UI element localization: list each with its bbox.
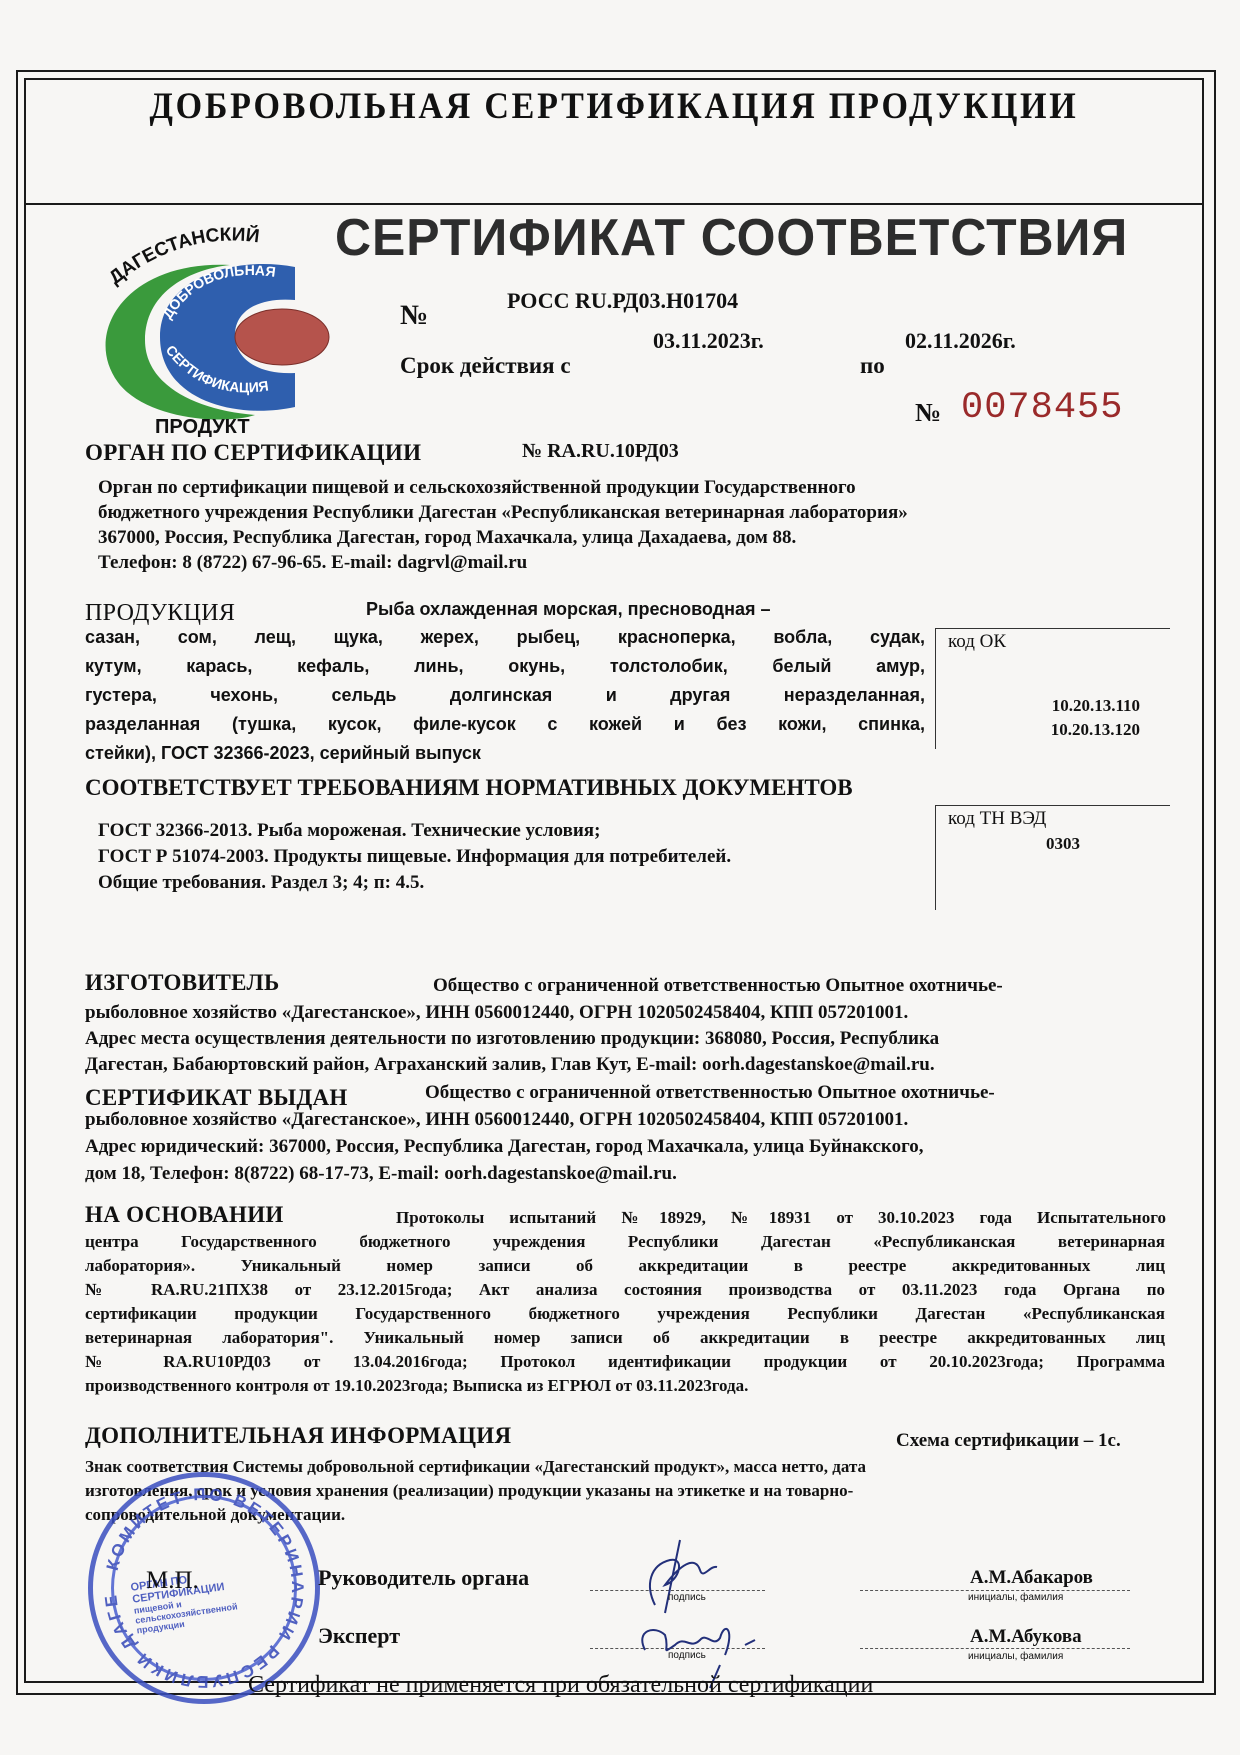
certification-body-line: 367000, Россия, Республика Дагестан, гор…: [98, 525, 1178, 550]
official-seal-stamp: КОМИТЕТ ПО ВЕТЕРИНАРИИ РЕСПУБЛИКИ ДАГЕСТ…: [88, 1472, 320, 1704]
manufacturer-details: рыболовное хозяйство «Дагестанское», ИНН…: [85, 1000, 1175, 1078]
validity-to-label: по: [860, 353, 885, 379]
ok-code-label: код ОК: [948, 631, 1006, 653]
header-divider: [24, 203, 1204, 205]
manufacturer-line: Адрес места осуществления деятельности п…: [85, 1026, 1175, 1052]
ok-code-value: 10.20.13.110: [1051, 694, 1140, 718]
head-of-body-label: Руководитель органа: [318, 1565, 529, 1591]
expert-name: А.М.Абукова: [970, 1626, 1082, 1648]
basis-first-line: Протоколы испытаний №18929, №18931 от 30…: [396, 1206, 1166, 1230]
manufacturer-first-line: Общество с ограниченной ответственностью…: [433, 973, 1003, 998]
expert-label: Эксперт: [318, 1623, 400, 1649]
compliance-label: СООТВЕТСТВУЕТ ТРЕБОВАНИЯМ НОРМАТИВНЫХ ДО…: [85, 775, 853, 801]
basis-line: ветеринарная лаборатория". Уникальный но…: [85, 1326, 1165, 1350]
compliance-document-line: ГОСТ 32366-2013. Рыба мороженая. Техниче…: [98, 818, 731, 844]
certification-body-line: бюджетного учреждения Республики Дагеста…: [98, 500, 1178, 525]
product-first-line: Рыба охлажденная морская, пресноводная –: [366, 596, 771, 623]
serial-number-sign: №: [915, 398, 941, 428]
tnved-code-value: 0303: [1046, 832, 1080, 856]
basis-line: № RA.RU10РД03 от 13.04.2016года; Протоко…: [85, 1350, 1165, 1374]
basis-line: № RA.RU.21ПХ38 от 23.12.2015года; Акт ан…: [85, 1278, 1165, 1302]
logo-emblem-icon: ДАГЕСТАНСКИЙ ДОБРОВОЛЬНАЯ СЕРТИФИКАЦИЯ П…: [85, 225, 355, 440]
issued-to-first-line: Общество с ограниченной ответственностью…: [425, 1080, 995, 1105]
certification-body-label: ОРГАН ПО СЕРТИФИКАЦИИ: [85, 440, 421, 466]
validity-label: Срок действия с: [400, 353, 571, 379]
voluntary-certification-title: ДОБРОВОЛЬНАЯ СЕРТИФИКАЦИЯ ПРОДУКЦИИ: [71, 85, 1157, 128]
head-name: А.М.Абакаров: [970, 1567, 1093, 1589]
compliance-documents: ГОСТ 32366-2013. Рыба мороженая. Техниче…: [98, 818, 731, 896]
head-name-line: [860, 1590, 1130, 1591]
registration-number: РОСС RU.РД03.Н01704: [507, 288, 738, 314]
additional-info-label: ДОПОЛНИТЕЛЬНАЯ ИНФОРМАЦИЯ: [85, 1423, 511, 1449]
ok-code-value: 10.20.13.120: [1051, 718, 1140, 742]
basis-line: лаборатория». Уникальный номер записи об…: [85, 1254, 1165, 1278]
logo-bottom-text: ПРОДУКТ: [155, 416, 250, 438]
certification-body-line: Телефон: 8 (8722) 67-96-65. E-mail: dagr…: [98, 550, 1178, 575]
expert-signature-caption: подпись: [668, 1650, 706, 1661]
manufacturer-line: рыболовное хозяйство «Дагестанское», ИНН…: [85, 1000, 1175, 1026]
compliance-document-line: Общие требования. Раздел 3; 4; п: 4.5.: [98, 870, 731, 896]
number-sign-label: №: [400, 300, 428, 332]
product-line: разделанная (тушка, кусок, филе-кусок с …: [85, 710, 925, 739]
expert-name-line: [860, 1648, 1130, 1649]
product-line: кутум, карась, кефаль, линь, окунь, толс…: [85, 652, 925, 681]
tnved-code-box: код ТН ВЭД 0303: [935, 805, 1170, 910]
basis-line: центра Государственного бюджетного учреж…: [85, 1230, 1165, 1254]
basis-details: центра Государственного бюджетного учреж…: [85, 1230, 1165, 1398]
basis-label: НА ОСНОВАНИИ: [85, 1202, 284, 1228]
tnved-code-label: код ТН ВЭД: [948, 808, 1046, 830]
certificate-title: СЕРТИФИКАТ СООТВЕТСТВИЯ: [335, 208, 1128, 268]
footer-note: Сертификат не применяется при обязательн…: [248, 1672, 873, 1699]
head-name-caption: инициалы, фамилия: [968, 1592, 1063, 1603]
valid-from-date: 03.11.2023г.: [653, 328, 764, 354]
product-line: густера, чехонь, сельдь долгинская и дру…: [85, 681, 925, 710]
basis-line: сертификации продукции Государственного …: [85, 1302, 1165, 1326]
product-line: стейки), ГОСТ 32366-2023, серийный выпус…: [85, 739, 925, 768]
compliance-document-line: ГОСТ Р 51074-2003. Продукты пищевые. Инф…: [98, 844, 731, 870]
ok-code-values: 10.20.13.110 10.20.13.120: [1051, 694, 1140, 742]
certification-scheme: Схема сертификации – 1с.: [896, 1430, 1121, 1452]
certification-body-details: Орган по сертификации пищевой и сельскох…: [98, 475, 1178, 575]
issued-to-line: дом 18, Телефон: 8(8722) 68-17-73, E-mai…: [85, 1160, 1175, 1187]
certification-body-accreditation: № RA.RU.10РД03: [522, 440, 679, 463]
issued-to-line: Адрес юридический: 367000, Россия, Респу…: [85, 1133, 1175, 1160]
manufacturer-label: ИЗГОТОВИТЕЛЬ: [85, 970, 279, 996]
seal-place-label: М.П.: [146, 1567, 199, 1595]
valid-to-date: 02.11.2026г.: [905, 328, 1016, 354]
ok-code-box: код ОК 10.20.13.110 10.20.13.120: [935, 628, 1170, 749]
dagestan-product-logo: ДАГЕСТАНСКИЙ ДОБРОВОЛЬНАЯ СЕРТИФИКАЦИЯ П…: [85, 225, 355, 440]
serial-number: 0078455: [961, 387, 1123, 429]
product-line: сазан, сом, лещ, щука, жерех, рыбец, кра…: [85, 623, 925, 652]
certification-body-line: Орган по сертификации пищевой и сельскох…: [98, 475, 1178, 500]
issued-to-details: рыболовное хозяйство «Дагестанское», ИНН…: [85, 1106, 1175, 1187]
expert-name-caption: инициалы, фамилия: [968, 1651, 1063, 1662]
issued-to-line: рыболовное хозяйство «Дагестанское», ИНН…: [85, 1106, 1175, 1133]
manufacturer-line: Дагестан, Бабаюртовский район, Аграханск…: [85, 1052, 1175, 1078]
product-description: сазан, сом, лещ, щука, жерех, рыбец, кра…: [85, 623, 925, 768]
basis-line: производственного контроля от 19.10.2023…: [85, 1374, 1165, 1398]
